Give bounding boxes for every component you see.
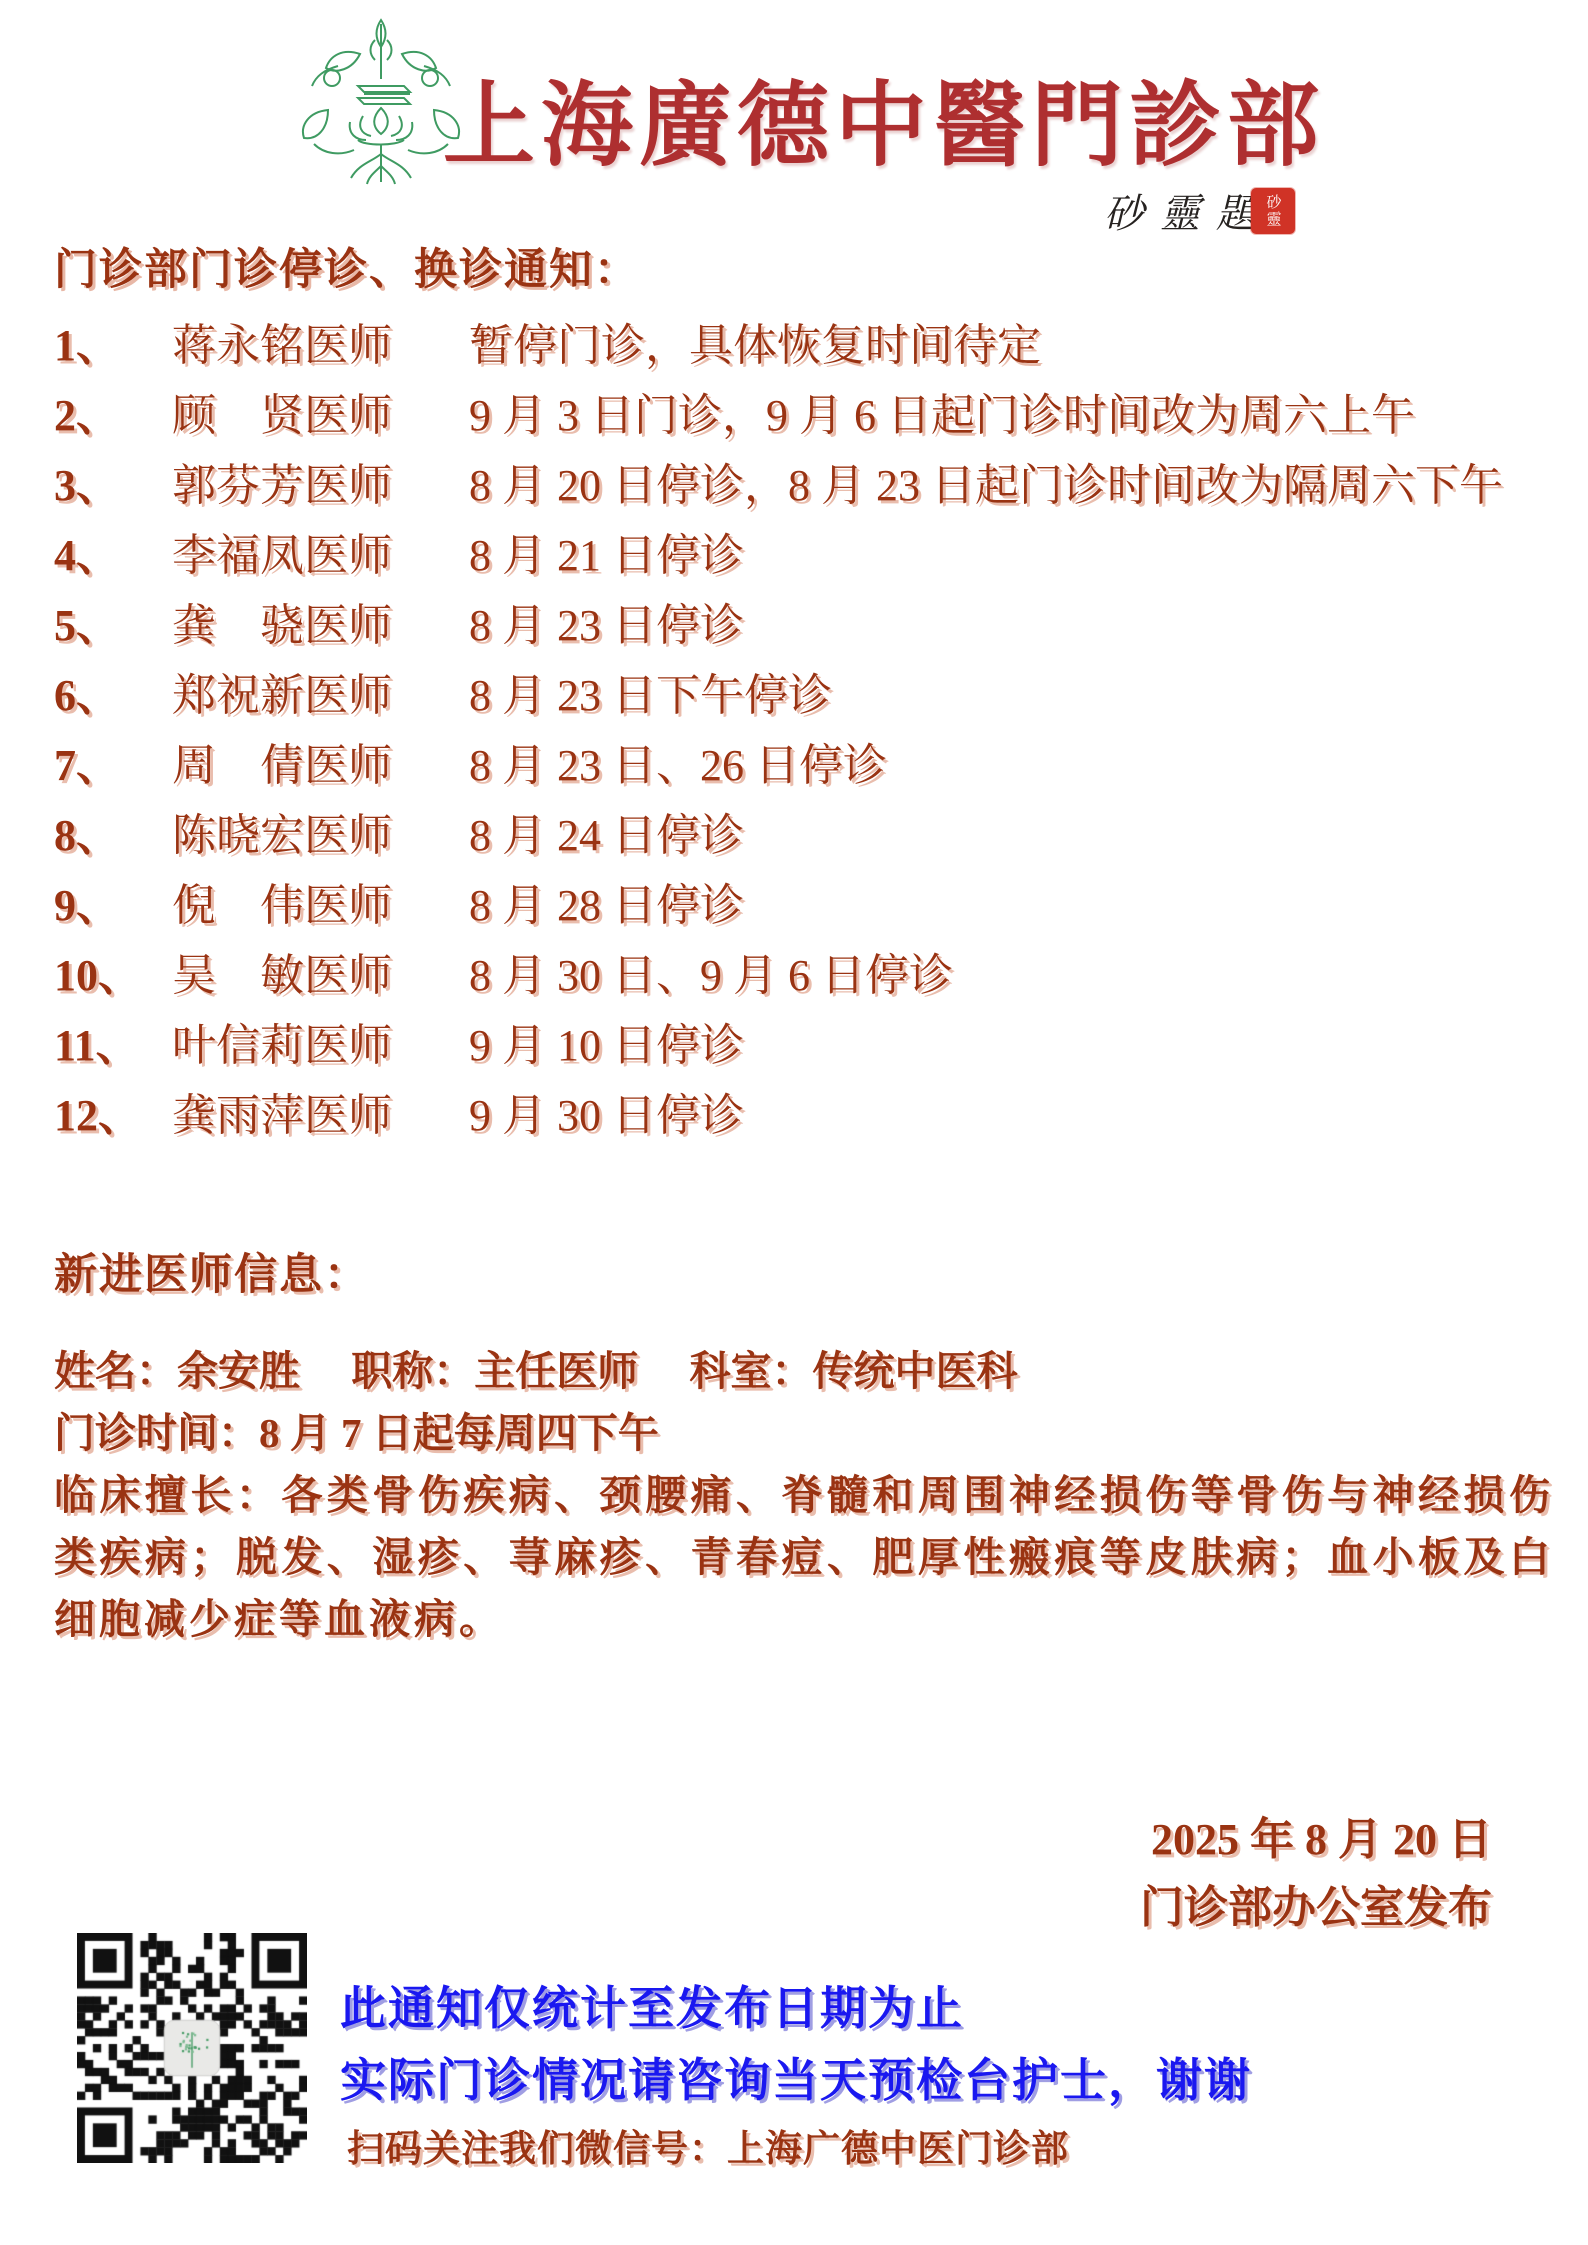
new-doctor-specialty-line: 临床擅长：各类骨伤疾病、颈腰痛、脊髓和周围神经损伤等骨伤与神经损伤类疾病；脱发、…: [54, 1464, 1554, 1650]
notice-item: 10、吴 敏医师8 月 30 日、9 月 6 日停诊: [54, 941, 1559, 1011]
doctor-name: 蒋永铭医师: [172, 311, 469, 381]
schedule-change: 9 月 10 日停诊: [469, 1011, 1559, 1081]
schedule-change: 8 月 23 日、26 日停诊: [469, 731, 1559, 801]
wechat-qr-code: [77, 1933, 307, 2163]
notice-item: 9、倪 伟医师8 月 28 日停诊: [54, 871, 1559, 941]
doctor-name: 陈晓宏医师: [172, 801, 469, 871]
doctor-name: 郭芬芳医师: [172, 451, 469, 521]
new-doctor-section: 新进医师信息： 姓名：余安胜 职称：主任医师 科室：传统中医科 门诊时间：8 月…: [54, 1241, 1554, 1650]
item-number: 3、: [54, 451, 172, 521]
doctor-name: 叶信莉医师: [172, 1011, 469, 1081]
notice-item: 2、顾 贤医师9 月 3 日门诊，9 月 6 日起门诊时间改为周六上午: [54, 381, 1559, 451]
schedule-change: 暂停门诊，具体恢复时间待定: [469, 311, 1559, 381]
item-number: 8、: [54, 801, 172, 871]
calligrapher-signature: 砂靈題: [1104, 182, 1272, 239]
notice-item: 7、周 倩医师8 月 23 日、26 日停诊: [54, 731, 1559, 801]
item-number: 10、: [54, 941, 172, 1011]
clinic-title: 上海廣德中醫門診部: [443, 52, 1325, 184]
notice-item: 1、蒋永铭医师暂停门诊，具体恢复时间待定: [54, 311, 1559, 381]
schedule-change: 8 月 28 日停诊: [469, 871, 1559, 941]
notice-item: 8、陈晓宏医师8 月 24 日停诊: [54, 801, 1559, 871]
new-doctor-name-line: 姓名：余安胜 职称：主任医师 科室：传统中医科: [54, 1340, 1554, 1402]
schedule-change: 8 月 21 日停诊: [469, 521, 1559, 591]
publish-block: 2025 年 8 月 20 日 门诊部办公室发布: [1140, 1806, 1492, 1942]
suspension-notice-section: 门诊部门诊停诊、换诊通知： 1、蒋永铭医师暂停门诊，具体恢复时间待定 2、顾 贤…: [54, 236, 1559, 1151]
notice-item: 4、李福凤医师8 月 21 日停诊: [54, 521, 1559, 591]
item-number: 4、: [54, 521, 172, 591]
notice-title: 门诊部门诊停诊、换诊通知：: [54, 236, 1559, 297]
item-number: 1、: [54, 311, 172, 381]
item-number: 6、: [54, 661, 172, 731]
red-seal-stamp-icon: 砂靈: [1251, 188, 1295, 234]
doctor-name: 郑祝新医师: [172, 661, 469, 731]
notice-list: 1、蒋永铭医师暂停门诊，具体恢复时间待定 2、顾 贤医师9 月 3 日门诊，9 …: [54, 311, 1559, 1151]
notice-item: 11、叶信莉医师9 月 10 日停诊: [54, 1011, 1559, 1081]
notice-page: 上海廣德中醫門診部 砂靈題 砂靈 门诊部门诊停诊、换诊通知： 1、蒋永铭医师暂停…: [0, 0, 1588, 2245]
publish-date: 2025 年 8 月 20 日: [1140, 1806, 1492, 1874]
footer-wechat-line: 扫码关注我们微信号：上海广德中医门诊部: [347, 2118, 1069, 2172]
notice-item: 12、龚雨萍医师9 月 30 日停诊: [54, 1081, 1559, 1151]
schedule-change: 8 月 20 日停诊，8 月 23 日起门诊时间改为隔周六下午: [469, 451, 1559, 521]
doctor-name: 吴 敏医师: [172, 941, 469, 1011]
new-doctor-schedule-line: 门诊时间：8 月 7 日起每周四下午: [54, 1402, 1554, 1464]
schedule-change: 9 月 30 日停诊: [469, 1081, 1559, 1151]
footer-note-line2: 实际门诊情况请咨询当天预检台护士，谢谢: [340, 2044, 1252, 2110]
item-number: 5、: [54, 591, 172, 661]
item-number: 11、: [54, 1011, 172, 1081]
doctor-name: 周 倩医师: [172, 731, 469, 801]
schedule-change: 8 月 30 日、9 月 6 日停诊: [469, 941, 1559, 1011]
doctor-name: 龚 骁医师: [172, 591, 469, 661]
item-number: 9、: [54, 871, 172, 941]
schedule-change: 8 月 24 日停诊: [469, 801, 1559, 871]
item-number: 2、: [54, 381, 172, 451]
new-doctor-title: 新进医师信息：: [54, 1241, 1554, 1302]
schedule-change: 8 月 23 日停诊: [469, 591, 1559, 661]
doctor-name: 龚雨萍医师: [172, 1081, 469, 1151]
schedule-change: 9 月 3 日门诊，9 月 6 日起门诊时间改为周六上午: [469, 381, 1559, 451]
notice-item: 3、郭芬芳医师8 月 20 日停诊，8 月 23 日起门诊时间改为隔周六下午: [54, 451, 1559, 521]
notice-item: 6、郑祝新医师8 月 23 日下午停诊: [54, 661, 1559, 731]
publish-office: 门诊部办公室发布: [1140, 1874, 1492, 1942]
schedule-change: 8 月 23 日下午停诊: [469, 661, 1559, 731]
doctor-name: 倪 伟医师: [172, 871, 469, 941]
footer-note-line1: 此通知仅统计至发布日期为止: [340, 1972, 964, 2038]
doctor-name: 李福凤医师: [172, 521, 469, 591]
notice-item: 5、龚 骁医师8 月 23 日停诊: [54, 591, 1559, 661]
doctor-name: 顾 贤医师: [172, 381, 469, 451]
item-number: 7、: [54, 731, 172, 801]
item-number: 12、: [54, 1081, 172, 1151]
